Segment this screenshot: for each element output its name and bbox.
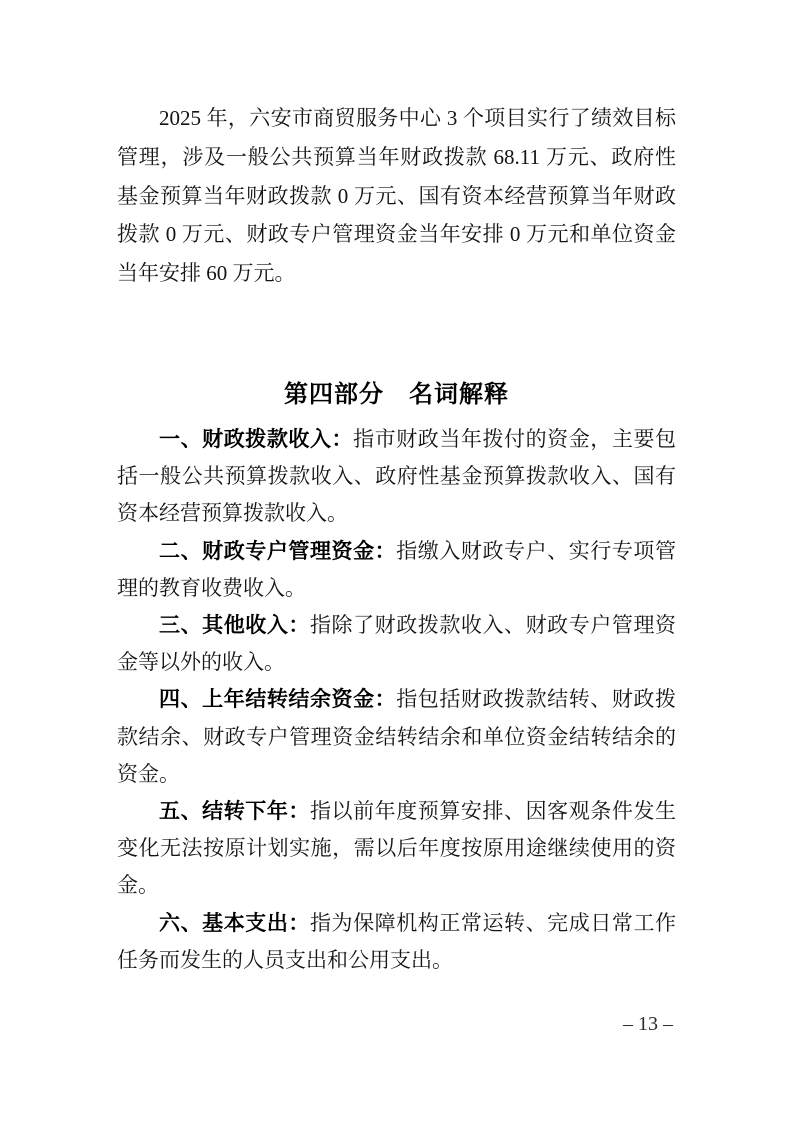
section-heading: 第四部分 名词解释 — [117, 373, 676, 417]
intro-paragraph: 2025 年，六安市商贸服务中心 3 个项目实行了绩效目标管理，涉及一般公共预算… — [117, 99, 676, 293]
term-item-5: 五、结转下年：指以前年度预算安排、因客观条件发生变化无法按原计划实施，需以后年度… — [117, 793, 676, 905]
term-item-2: 二、财政专户管理资金：指缴入财政专户、实行专项管理的教育收费收入。 — [117, 533, 676, 607]
term-label: 三、其他收入： — [159, 614, 310, 637]
term-item-4: 四、上年结转结余资金：指包括财政拨款结转、财政拨款结余、财政专户管理资金结转结余… — [117, 681, 676, 793]
document-page: 2025 年，六安市商贸服务中心 3 个项目实行了绩效目标管理，涉及一般公共预算… — [0, 0, 793, 1122]
term-label: 四、上年结转结余资金： — [159, 688, 396, 711]
page-number: – 13 – — [623, 1013, 673, 1035]
term-item-6: 六、基本支出：指为保障机构正常运转、完成日常工作任务而发生的人员支出和公用支出。 — [117, 905, 676, 979]
term-label: 六、基本支出： — [159, 912, 310, 935]
term-item-1: 一、财政拨款收入：指市财政当年拨付的资金，主要包括一般公共预算拨款收入、政府性基… — [117, 421, 676, 533]
terms-list: 一、财政拨款收入：指市财政当年拨付的资金，主要包括一般公共预算拨款收入、政府性基… — [117, 421, 676, 979]
term-label: 二、财政专户管理资金： — [159, 540, 396, 563]
term-label: 五、结转下年： — [159, 800, 310, 823]
term-item-3: 三、其他收入：指除了财政拨款收入、财政专户管理资金等以外的收入。 — [117, 607, 676, 681]
term-label: 一、财政拨款收入： — [159, 428, 353, 451]
